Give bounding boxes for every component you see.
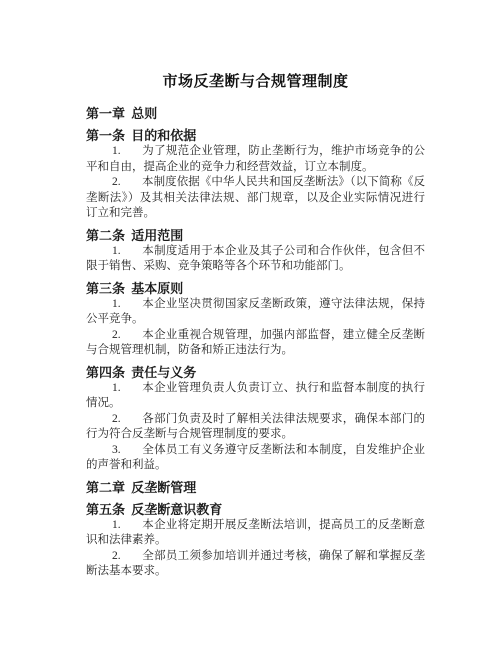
clause-number: 2.: [112, 328, 142, 344]
chapter-2-heading: 第二章 反垄断管理: [86, 480, 425, 496]
clause-3-1: 1.本企业坚决贯彻国家反垄断政策，遵守法律法规，保持公平竞争。: [86, 297, 425, 328]
clause-number: 3.: [112, 443, 142, 459]
clause-number: 2.: [112, 412, 142, 428]
clause-4-1: 1.本企业管理负责人负责订立、执行和监督本制度的执行情况。: [86, 381, 425, 412]
clause-2-1: 1.本制度适用于本企业及其子公司和合作伙伴，包含但不限于销售、采购、竞争策略等各…: [86, 244, 425, 275]
article-1-heading: 第一条 目的和依据: [86, 128, 425, 144]
article-5-heading: 第五条 反垄断意识教育: [86, 502, 425, 518]
document-page: 市场反垄断与合规管理制度 第一章 总则 第一条 目的和依据 1.为了规范企业管理…: [0, 0, 500, 647]
clause-number: 1.: [112, 297, 142, 313]
clause-4-2: 2.各部门负责及时了解相关法律法规要求，确保本部门的行为符合反垄断与合规管理制度…: [86, 412, 425, 443]
article-3-heading: 第三条 基本原则: [86, 281, 425, 297]
chapter-1-heading: 第一章 总则: [86, 106, 425, 122]
clause-5-2: 2.全部员工须参加培训并通过考核，确保了解和掌握反垄断法基本要求。: [86, 549, 425, 580]
clause-number: 1.: [112, 518, 142, 534]
clause-number: 2.: [112, 175, 142, 191]
clause-4-3: 3.全体员工有义务遵守反垄断法和本制度，自发维护企业的声誉和利益。: [86, 443, 425, 474]
article-4-heading: 第四条 责任与义务: [86, 365, 425, 381]
clause-number: 1.: [112, 144, 142, 160]
clause-1-1: 1.为了规范企业管理，防止垄断行为，维护市场竞争的公平和自由，提高企业的竞争力和…: [86, 144, 425, 175]
clause-1-2: 2.本制度依据《中华人民共和国反垄断法》（以下简称《反垄断法》）及其相关法律法规…: [86, 175, 425, 222]
clause-number: 2.: [112, 549, 142, 565]
clause-5-1: 1.本企业将定期开展反垄断法培训，提高员工的反垄断意识和法律素养。: [86, 518, 425, 549]
clause-number: 1.: [112, 244, 142, 260]
document-title: 市场反垄断与合规管理制度: [86, 72, 425, 92]
clause-3-2: 2.本企业重视合规管理，加强内部监督，建立健全反垄断与合规管理机制，防备和矫正违…: [86, 328, 425, 359]
article-2-heading: 第二条 适用范围: [86, 228, 425, 244]
clause-number: 1.: [112, 381, 142, 397]
